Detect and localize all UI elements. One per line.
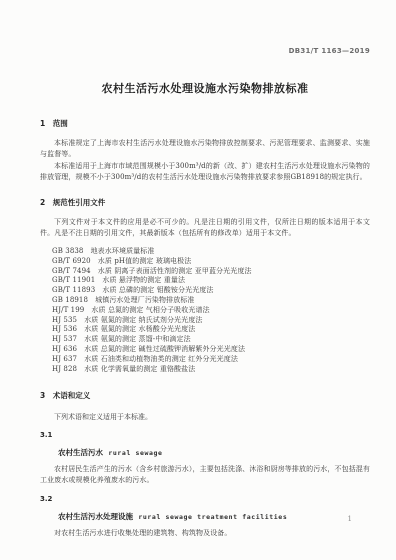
reference-item: GB 18918 城镇污水处理厂污染物排放标准 [52,296,370,306]
term-number: 3.2 [40,495,370,503]
section-heading-references: 2 规范性引用文件 [40,197,370,208]
term-name-zh: 农村生活污水处理设施 [58,512,133,521]
reference-item: HJ 536 水质 氨氮的测定 水杨酸分光光度法 [52,325,370,335]
term-definition: 对农村生活污水进行收集处理的建筑物、构筑物及设备。 [40,528,370,539]
reference-item: HJ/T 199 水质 总氮的测定 气相分子吸收光谱法 [52,306,370,316]
term-title: 农村生活污水 rural sewage [40,447,370,458]
reference-item: HJ 535 水质 氨氮的测定 纳氏试剂分光光度法 [52,316,370,326]
reference-item: HJ 637 水质 石油类和动植物油类的测定 红外分光光度法 [52,355,370,365]
reference-item: HJ 636 水质 总氮的测定 碱性过硫酸钾消解紫外分光光度法 [52,345,370,355]
reference-item: HJ 537 水质 氨氮的测定 蒸馏-中和滴定法 [52,335,370,345]
scope-paragraph: 本标准规定了上海市农村生活污水处理设施水污染物排放控制要求、污泥管理要求、监测要… [40,138,370,160]
reference-item: GB 3838 地表水环境质量标准 [52,247,370,257]
terms-intro: 下列术语和定义适用于本标准。 [40,412,370,422]
page-number: 1 [348,515,352,523]
reference-item: GB/T 11901 水质 悬浮物的测定 重量法 [52,276,370,286]
reference-list: GB 3838 地表水环境质量标准 GB/T 6920 水质 pH值的测定 玻璃… [40,247,370,374]
term-title: 农村生活污水处理设施 rural sewage treatment facili… [40,511,370,522]
reference-item: GB/T 11893 水质 总磷的测定 钼酸铵分光光度法 [52,286,370,296]
document-title: 农村生活污水处理设施水污染物排放标准 [40,80,370,96]
reference-item: GB/T 6920 水质 pH值的测定 玻璃电极法 [52,257,370,267]
term-name-en: rural sewage [108,449,162,457]
reference-item: HJ 828 水质 化学需氧量的测定 重铬酸盐法 [52,365,370,375]
term-name-zh: 农村生活污水 [58,448,103,457]
reference-item: GB/T 7494 水质 阴离子表面活性剂的测定 亚甲蓝分光光度法 [52,267,370,277]
scope-paragraph: 本标准适用于上海市市域范围规模小于300m³/d的新（改、扩）建农村生活污水处理… [40,161,370,183]
document-page: DB31/T 1163—2019 农村生活污水处理设施水污染物排放标准 1 范围… [0,0,396,560]
section-heading-terms: 3 术语和定义 [40,390,370,401]
section-heading-scope: 1 范围 [40,118,370,129]
term-name-en: rural sewage treatment facilities [138,513,287,521]
term-number: 3.1 [40,431,370,439]
term-definition: 农村居民生活产生的污水（含乡村旅游污水），主要包括洗涤、沐浴和厨房等排放的污水，… [40,464,370,486]
references-intro: 下列文件对于本文件的应用是必不可少的。凡是注日期的引用文件，仅所注日期的版本适用… [40,217,370,239]
document-content: 农村生活污水处理设施水污染物排放标准 1 范围 本标准规定了上海市农村生活污水处… [40,0,370,539]
